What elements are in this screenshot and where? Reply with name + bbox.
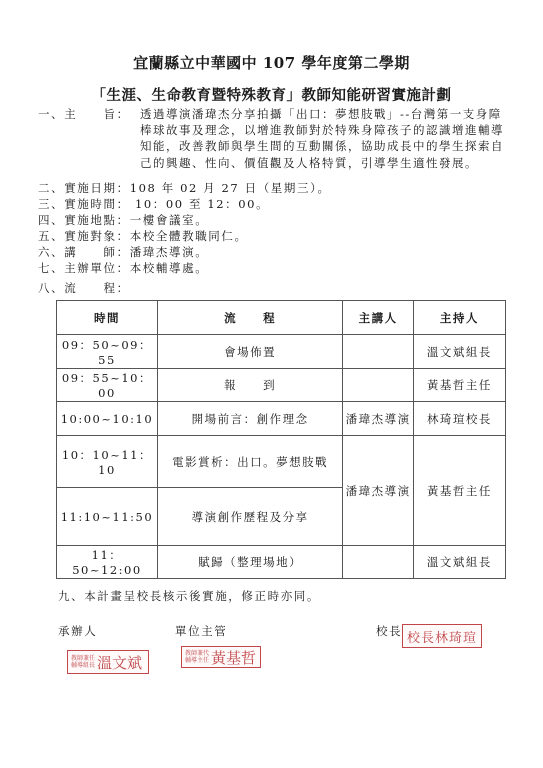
cell-item: 導演創作歷程及分享 (157, 488, 342, 546)
organizer-value: 本校輔導處。 (130, 261, 209, 275)
cell-item: 會場佈置 (157, 335, 342, 369)
cell-time: 11:10~11:50 (57, 488, 158, 546)
cell-time: 11：50~12:00 (57, 546, 158, 579)
document-subtitle: 「生涯、生命教育暨特殊教育」教師知能研習實施計劃 (0, 84, 543, 105)
time-label: 三、實施時間： (38, 197, 130, 211)
cell-host: 溫文斌組長 (413, 335, 505, 369)
table-row: 09：55~10：00 報 到 黃基哲主任 (57, 369, 506, 402)
table-row: 11：50~12:00 賦歸（整理場地） 溫文斌組長 (57, 546, 506, 579)
handler-stamp-title: 教師兼任輔導組長 (71, 655, 97, 669)
location-label: 四、實施地點： (38, 213, 130, 227)
cell-host: 黃基哲主任 (413, 369, 505, 402)
handler-seal-stamp: 教師兼任輔導組長 溫文斌 (67, 650, 149, 674)
cell-speaker (343, 335, 413, 369)
speaker-label: 六、講 師： (38, 245, 130, 259)
principal-seal-stamp: 校長林琦瑄 (402, 624, 482, 648)
table-header-row: 時間 流 程 主講人 主持人 (57, 301, 506, 335)
schedule-label: 八、流 程： (38, 280, 130, 296)
closing-note: 九、本計畫呈校長核示後實施，修正時亦同。 (58, 588, 320, 604)
header-host: 主持人 (413, 301, 505, 335)
document-title: 宜蘭縣立中華國中 107 學年度第二學期 (0, 52, 543, 73)
audience-label: 五、實施對象： (38, 229, 130, 243)
cell-item: 報 到 (157, 369, 342, 402)
table-row: 10：10~11：10 電影賞析：出口。夢想肢戰 潘瑋杰導演 黃基哲主任 (57, 436, 506, 488)
time-value: 10：00 至 12：00。 (130, 197, 270, 211)
cell-host: 溫文斌組長 (413, 546, 505, 579)
date-row: 二、實施日期：108 年 02 月 27 日（星期三）。 (38, 180, 331, 196)
header-speaker: 主講人 (343, 301, 413, 335)
speaker-value: 潘瑋杰導演。 (130, 245, 209, 259)
cell-time: 09：55~10：00 (57, 369, 158, 402)
cell-item: 電影賞析：出口。夢想肢戰 (157, 436, 342, 488)
purpose-text: 透過導演潘瑋杰分享拍攝「出口：夢想肢戰」--台灣第一支身障棒球故事及理念，以增進… (140, 106, 505, 171)
cell-time: 10:00~10:10 (57, 402, 158, 436)
cell-item: 賦歸（整理場地） (157, 546, 342, 579)
cell-item: 開場前言：創作理念 (157, 402, 342, 436)
schedule-table: 時間 流 程 主講人 主持人 09：50~09：55 會場佈置 溫文斌組長 09… (56, 300, 506, 579)
time-row: 三、實施時間： 10：00 至 12：00。 (38, 196, 269, 212)
speaker-row: 六、講 師：潘瑋杰導演。 (38, 244, 208, 260)
supervisor-label: 單位主管 (175, 623, 227, 639)
location-row: 四、實施地點：一樓會議室。 (38, 212, 208, 228)
table-row: 10:00~10:10 開場前言：創作理念 潘瑋杰導演 林琦瑄校長 (57, 402, 506, 436)
principal-label: 校長 (376, 623, 402, 639)
date-label: 二、實施日期： (38, 181, 130, 195)
cell-speaker (343, 369, 413, 402)
organizer-label: 七、主辦單位： (38, 261, 130, 275)
header-item: 流 程 (157, 301, 342, 335)
date-value: 108 年 02 月 27 日（星期三）。 (130, 181, 331, 195)
cell-host: 林琦瑄校長 (413, 402, 505, 436)
purpose-label: 一、主 旨： (38, 106, 130, 122)
cell-speaker: 潘瑋杰導演 (343, 402, 413, 436)
header-time: 時間 (57, 301, 158, 335)
location-value: 一樓會議室。 (130, 213, 209, 227)
cell-time: 10：10~11：10 (57, 436, 158, 488)
audience-row: 五、實施對象：本校全體教職同仁。 (38, 228, 248, 244)
organizer-row: 七、主辦單位：本校輔導處。 (38, 260, 208, 276)
cell-time: 09：50~09：55 (57, 335, 158, 369)
cell-host: 黃基哲主任 (413, 436, 505, 546)
supervisor-stamp-title: 教師兼代輔導主任 (185, 650, 211, 664)
handler-stamp-name: 溫文斌 (97, 652, 142, 673)
table-row: 09：50~09：55 會場佈置 溫文斌組長 (57, 335, 506, 369)
supervisor-seal-stamp: 教師兼代輔導主任 黃基哲 (181, 646, 261, 668)
cell-speaker (343, 546, 413, 579)
cell-speaker: 潘瑋杰導演 (343, 436, 413, 546)
supervisor-stamp-name: 黃基哲 (211, 647, 256, 668)
audience-value: 本校全體教職同仁。 (130, 229, 248, 243)
principal-stamp-name: 校長林琦瑄 (407, 627, 477, 646)
handler-label: 承辦人 (58, 623, 97, 639)
